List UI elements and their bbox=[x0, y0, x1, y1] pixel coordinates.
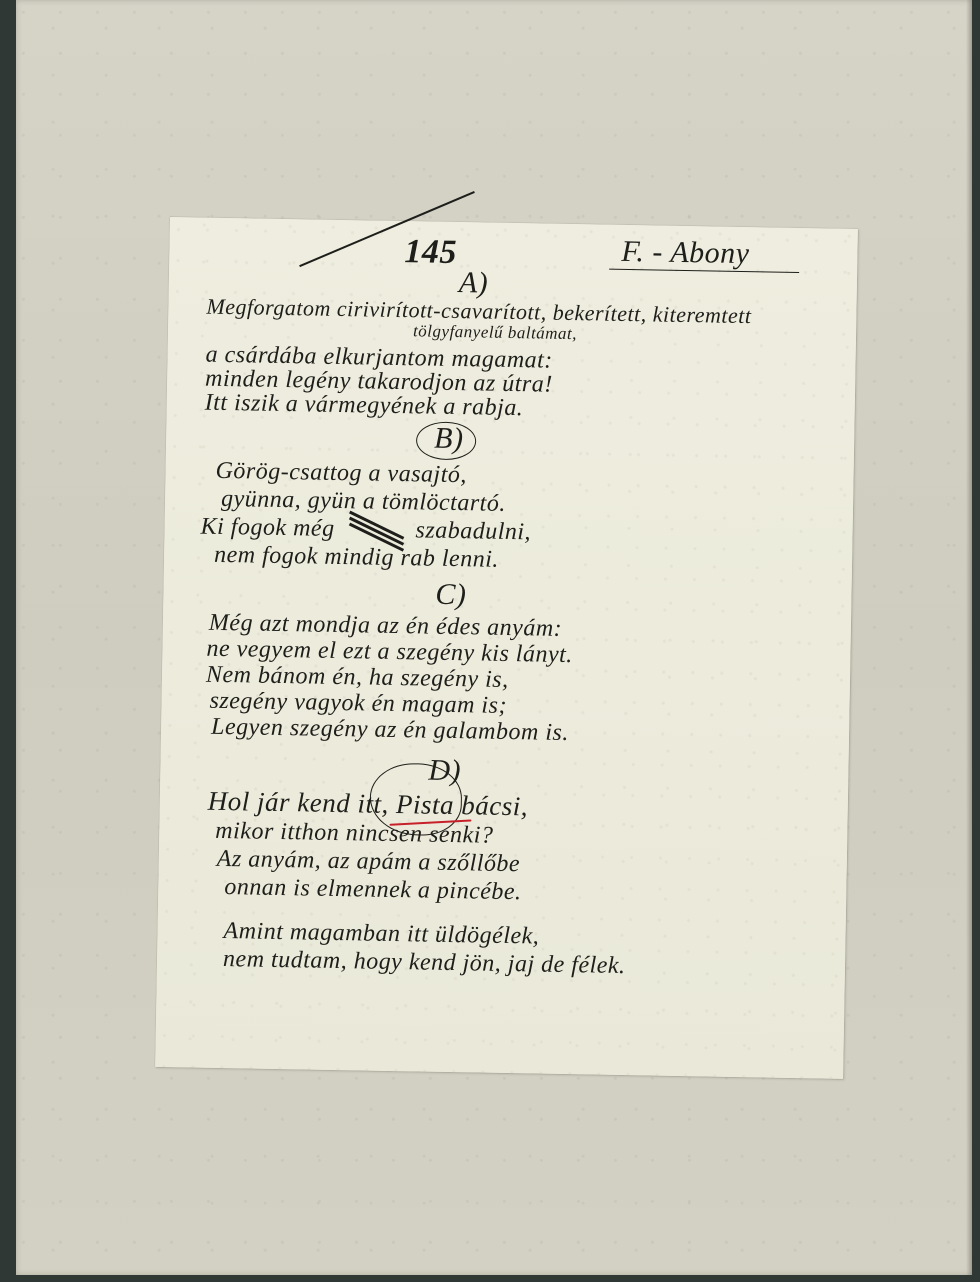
section-b-line-3-end: szabadulni, bbox=[415, 517, 531, 545]
section-d-line-1-end: bácsi, bbox=[461, 790, 528, 821]
section-d-line-4: onnan is elmennek a pincébe. bbox=[224, 874, 522, 906]
section-d-line-6: nem tudtam, hogy kend jön, jaj de félek. bbox=[223, 946, 626, 980]
section-d-line-1-start: Hol jár kend itt, bbox=[208, 786, 389, 819]
manuscript-sheet: 145 F. - Abony A) Megforgatom ciriviríto… bbox=[155, 217, 858, 1079]
page-number: 145 bbox=[404, 233, 457, 272]
author-underline bbox=[609, 269, 799, 274]
section-a-label: A) bbox=[459, 266, 489, 301]
section-c-line-5: Legyen szegény az én galambom is. bbox=[211, 714, 569, 747]
section-b-line-3: Ki fogok még szabadulni, bbox=[200, 514, 531, 547]
author-attribution: F. - Abony bbox=[621, 235, 750, 271]
section-b-line-4: nem fogok mindig rab lenni. bbox=[214, 542, 499, 574]
red-underlined-name: Pista bbox=[396, 789, 455, 821]
scanned-page: 145 F. - Abony A) Megforgatom ciriviríto… bbox=[0, 0, 980, 1282]
section-d-line-3: Az anyám, az apám a szőllőbe bbox=[217, 846, 521, 878]
section-a-line-2: tölgyfanyelű baltámat, bbox=[413, 321, 577, 344]
section-b-line-3-start: Ki fogok még bbox=[200, 514, 334, 542]
section-b-label: B) bbox=[434, 422, 464, 457]
section-b-line-1: Görög-csattog a vasajtó, bbox=[215, 458, 467, 489]
struck-out-word bbox=[347, 520, 403, 543]
section-b-line-2: gyünna, gyün a tömlöctartó. bbox=[221, 486, 506, 518]
section-c-label: C) bbox=[435, 578, 467, 613]
section-d-line-2: mikor itthon nincsen senki? bbox=[215, 818, 494, 850]
section-a-line-5: Itt iszik a vármegyének a rabja. bbox=[205, 390, 524, 423]
section-d-line-1: Hol jár kend itt, Pista bácsi, bbox=[208, 786, 529, 823]
mount-edge-shadow bbox=[966, 0, 972, 1275]
section-d-line-5: Amint magamban itt üldögélek, bbox=[223, 918, 539, 951]
